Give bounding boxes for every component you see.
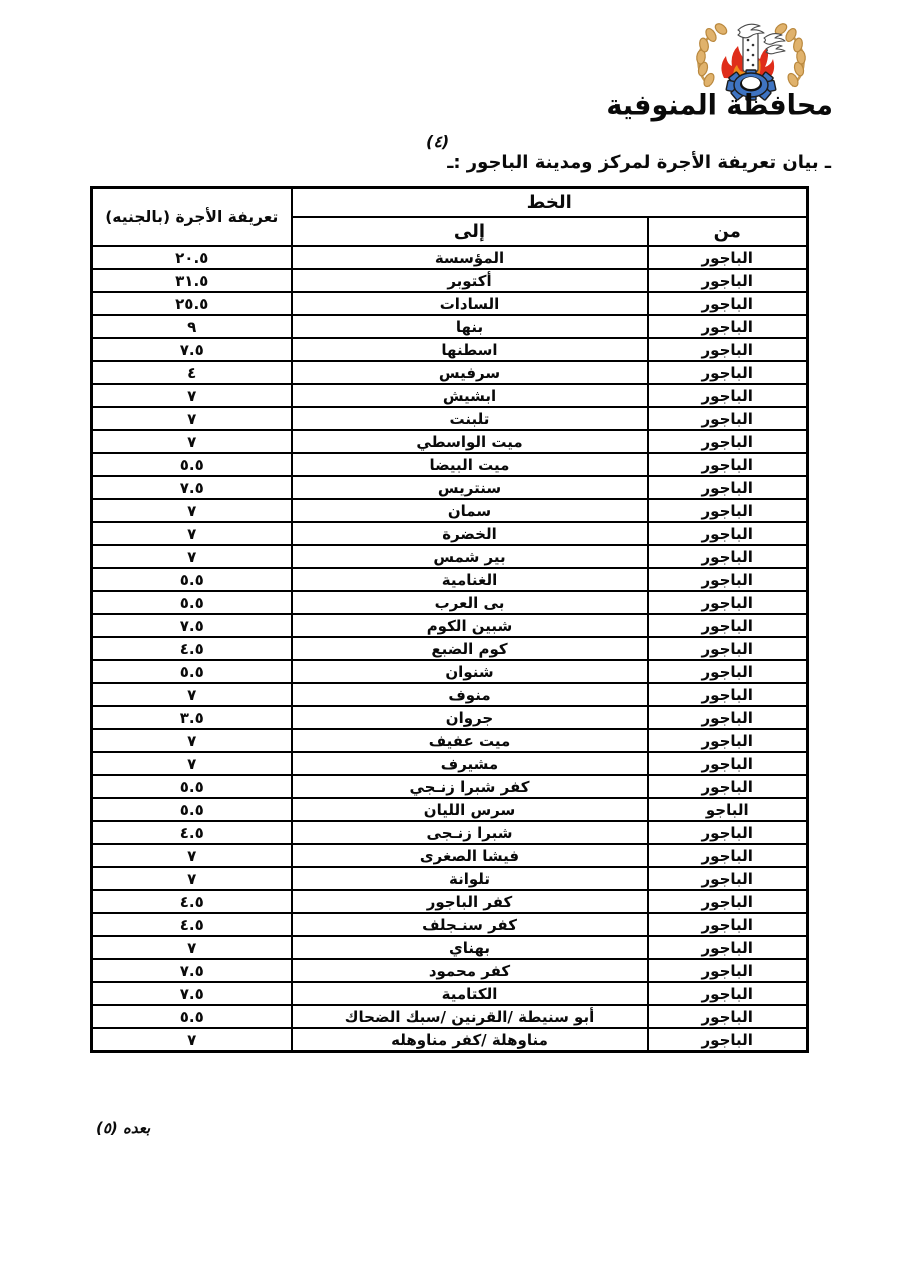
from-cell: الباجور <box>648 430 808 453</box>
from-cell: الباجور <box>648 545 808 568</box>
from-cell: الباجو <box>648 798 808 821</box>
to-cell: سرس الليان <box>292 798 648 821</box>
table-row: الباجورمشيرف٧ <box>92 752 808 775</box>
to-cell: ابشيش <box>292 384 648 407</box>
scanned-fare-document: محافظة المنوفية (٤) ـ بيان تعريفة الأجرة… <box>0 0 905 1280</box>
to-cell: شبرا زنـجى <box>292 821 648 844</box>
from-cell: الباجور <box>648 568 808 591</box>
fare-cell: ٧.٥ <box>92 614 292 637</box>
to-cell: كفر سنـجلف <box>292 913 648 936</box>
fare-cell: ٧ <box>92 384 292 407</box>
fare-cell: ٤.٥ <box>92 821 292 844</box>
to-cell: السادات <box>292 292 648 315</box>
fare-cell: ٧ <box>92 844 292 867</box>
from-cell: الباجور <box>648 729 808 752</box>
table-row: الباجورسرفيس٤ <box>92 361 808 384</box>
from-cell: الباجور <box>648 867 808 890</box>
from-cell: الباجور <box>648 890 808 913</box>
document-title: ـ بيان تعريفة الأجرة لمركز ومدينة الباجو… <box>447 152 831 173</box>
from-cell: الباجور <box>648 614 808 637</box>
to-cell: ميت البيضا <box>292 453 648 476</box>
table-row: الباجوركفر الباجور٤.٥ <box>92 890 808 913</box>
to-cell: اسطنها <box>292 338 648 361</box>
table-row: الباجورمنوف٧ <box>92 683 808 706</box>
to-cell: كفر محمود <box>292 959 648 982</box>
table-row: الباجورميت عفيف٧ <box>92 729 808 752</box>
from-cell: الباجور <box>648 913 808 936</box>
from-cell: الباجور <box>648 338 808 361</box>
to-cell: كوم الضبع <box>292 637 648 660</box>
fare-cell: ٥.٥ <box>92 568 292 591</box>
column-header-to: إلى <box>292 217 648 246</box>
table-row: الباجورأبو سنيطة /القرنين /سبك الضحاك٥.٥ <box>92 1005 808 1028</box>
governorate-name: محافظة المنوفية <box>606 89 833 122</box>
fare-cell: ٤.٥ <box>92 637 292 660</box>
from-cell: الباجور <box>648 683 808 706</box>
from-cell: الباجور <box>648 292 808 315</box>
from-cell: الباجور <box>648 476 808 499</box>
fare-cell: ٧ <box>92 936 292 959</box>
from-cell: الباجور <box>648 384 808 407</box>
fare-cell: ٥.٥ <box>92 798 292 821</box>
fare-cell: ٤.٥ <box>92 890 292 913</box>
table-row: الباجورفيشا الصغرى٧ <box>92 844 808 867</box>
to-cell: كفر الباجور <box>292 890 648 913</box>
table-row: الباجورشبرا زنـجى٤.٥ <box>92 821 808 844</box>
fare-cell: ٥.٥ <box>92 775 292 798</box>
to-cell: سرفيس <box>292 361 648 384</box>
from-cell: الباجور <box>648 453 808 476</box>
fare-cell: ٥.٥ <box>92 1005 292 1028</box>
fare-cell: ٤ <box>92 361 292 384</box>
to-cell: أكتوبر <box>292 269 648 292</box>
table-row: الباجورالغنامية٥.٥ <box>92 568 808 591</box>
to-cell: سنتريس <box>292 476 648 499</box>
table-row: الباجوربهناي٧ <box>92 936 808 959</box>
fare-cell: ٩ <box>92 315 292 338</box>
fare-cell: ٣.٥ <box>92 706 292 729</box>
table-row: الباجورالسادات٢٥.٥ <box>92 292 808 315</box>
table-row: الباجوركفر سنـجلف٤.٥ <box>92 913 808 936</box>
fare-cell: ٥.٥ <box>92 660 292 683</box>
table-row: الباجورالكتامية٧.٥ <box>92 982 808 1005</box>
to-cell: جروان <box>292 706 648 729</box>
from-cell: الباجور <box>648 522 808 545</box>
fare-cell: ٥.٥ <box>92 453 292 476</box>
to-cell: أبو سنيطة /القرنين /سبك الضحاك <box>292 1005 648 1028</box>
fare-cell: ٥.٥ <box>92 591 292 614</box>
to-cell: تلوانة <box>292 867 648 890</box>
table-row: الباجورابشيش٧ <box>92 384 808 407</box>
from-cell: الباجور <box>648 1005 808 1028</box>
fare-cell: ٧ <box>92 545 292 568</box>
table-row: الباجورالمؤسسة٢٠.٥ <box>92 246 808 269</box>
fare-cell: ٢٥.٥ <box>92 292 292 315</box>
fare-cell: ٣١.٥ <box>92 269 292 292</box>
to-cell: ميت عفيف <box>292 729 648 752</box>
from-cell: الباجور <box>648 361 808 384</box>
table-header-row-line: الخط تعريفة الأجرة (بالجنيه) <box>92 188 808 218</box>
table-row: الباجورميت البيضا٥.٥ <box>92 453 808 476</box>
fare-cell: ٧ <box>92 752 292 775</box>
fare-cell: ٢٠.٥ <box>92 246 292 269</box>
to-cell: المؤسسة <box>292 246 648 269</box>
from-cell: الباجور <box>648 752 808 775</box>
fare-cell: ٧ <box>92 430 292 453</box>
from-cell: الباجور <box>648 775 808 798</box>
table-row: الباجورمناوهلة /كفر مناوهله٧ <box>92 1028 808 1052</box>
from-cell: الباجور <box>648 269 808 292</box>
from-cell: الباجور <box>648 936 808 959</box>
page-number: (٤) <box>426 132 449 151</box>
fare-cell: ٧ <box>92 522 292 545</box>
fare-cell: ٧.٥ <box>92 338 292 361</box>
from-cell: الباجور <box>648 959 808 982</box>
table-row: الباجوسرس الليان٥.٥ <box>92 798 808 821</box>
fare-cell: ٧ <box>92 499 292 522</box>
table-row: الباجورتلبنت٧ <box>92 407 808 430</box>
from-cell: الباجور <box>648 982 808 1005</box>
to-cell: مشيرف <box>292 752 648 775</box>
to-cell: مناوهلة /كفر مناوهله <box>292 1028 648 1052</box>
table-row: الباجوركفر شبرا زنـجي٥.٥ <box>92 775 808 798</box>
table-row: الباجورشبين الكوم٧.٥ <box>92 614 808 637</box>
table-row: الباجورأكتوبر٣١.٥ <box>92 269 808 292</box>
table-row: الباجوراسطنها٧.٥ <box>92 338 808 361</box>
from-cell: الباجور <box>648 315 808 338</box>
fare-cell: ٧ <box>92 1028 292 1052</box>
fare-table: الخط تعريفة الأجرة (بالجنيه) من إلى البا… <box>90 186 809 1053</box>
from-cell: الباجور <box>648 660 808 683</box>
to-cell: سمان <box>292 499 648 522</box>
to-cell: شنوان <box>292 660 648 683</box>
to-cell: تلبنت <box>292 407 648 430</box>
to-cell: ميت الواسطي <box>292 430 648 453</box>
table-row: الباجوربير شمس٧ <box>92 545 808 568</box>
fare-cell: ٧.٥ <box>92 476 292 499</box>
column-header-line: الخط <box>292 188 808 218</box>
from-cell: الباجور <box>648 637 808 660</box>
from-cell: الباجور <box>648 706 808 729</box>
table-row: الباجوربى العرب٥.٥ <box>92 591 808 614</box>
to-cell: بير شمس <box>292 545 648 568</box>
table-row: الباجورتلوانة٧ <box>92 867 808 890</box>
fare-cell: ٤.٥ <box>92 913 292 936</box>
fare-cell: ٧ <box>92 867 292 890</box>
table-row: الباجورالخضرة٧ <box>92 522 808 545</box>
to-cell: فيشا الصغرى <box>292 844 648 867</box>
table-row: الباجوركفر محمود٧.٥ <box>92 959 808 982</box>
fare-cell: ٧ <box>92 407 292 430</box>
from-cell: الباجور <box>648 591 808 614</box>
fare-cell: ٧ <box>92 683 292 706</box>
table-row: الباجورسمان٧ <box>92 499 808 522</box>
from-cell: الباجور <box>648 246 808 269</box>
from-cell: الباجور <box>648 1028 808 1052</box>
table-row: الباجورجروان٣.٥ <box>92 706 808 729</box>
to-cell: منوف <box>292 683 648 706</box>
to-cell: بهناي <box>292 936 648 959</box>
footer-next-page-note: بعده (٥) <box>96 1119 150 1137</box>
to-cell: بى العرب <box>292 591 648 614</box>
from-cell: الباجور <box>648 821 808 844</box>
to-cell: الكتامية <box>292 982 648 1005</box>
fare-cell: ٧.٥ <box>92 982 292 1005</box>
from-cell: الباجور <box>648 499 808 522</box>
column-header-from: من <box>648 217 808 246</box>
table-row: الباجوركوم الضبع٤.٥ <box>92 637 808 660</box>
fare-cell: ٧.٥ <box>92 959 292 982</box>
to-cell: الخضرة <box>292 522 648 545</box>
to-cell: كفر شبرا زنـجي <box>292 775 648 798</box>
table-row: الباجوربنها٩ <box>92 315 808 338</box>
to-cell: بنها <box>292 315 648 338</box>
to-cell: شبين الكوم <box>292 614 648 637</box>
to-cell: الغنامية <box>292 568 648 591</box>
table-row: الباجورشنوان٥.٥ <box>92 660 808 683</box>
from-cell: الباجور <box>648 407 808 430</box>
from-cell: الباجور <box>648 844 808 867</box>
table-row: الباجورسنتريس٧.٥ <box>92 476 808 499</box>
column-header-fare: تعريفة الأجرة (بالجنيه) <box>92 188 292 247</box>
fare-cell: ٧ <box>92 729 292 752</box>
table-row: الباجورميت الواسطي٧ <box>92 430 808 453</box>
